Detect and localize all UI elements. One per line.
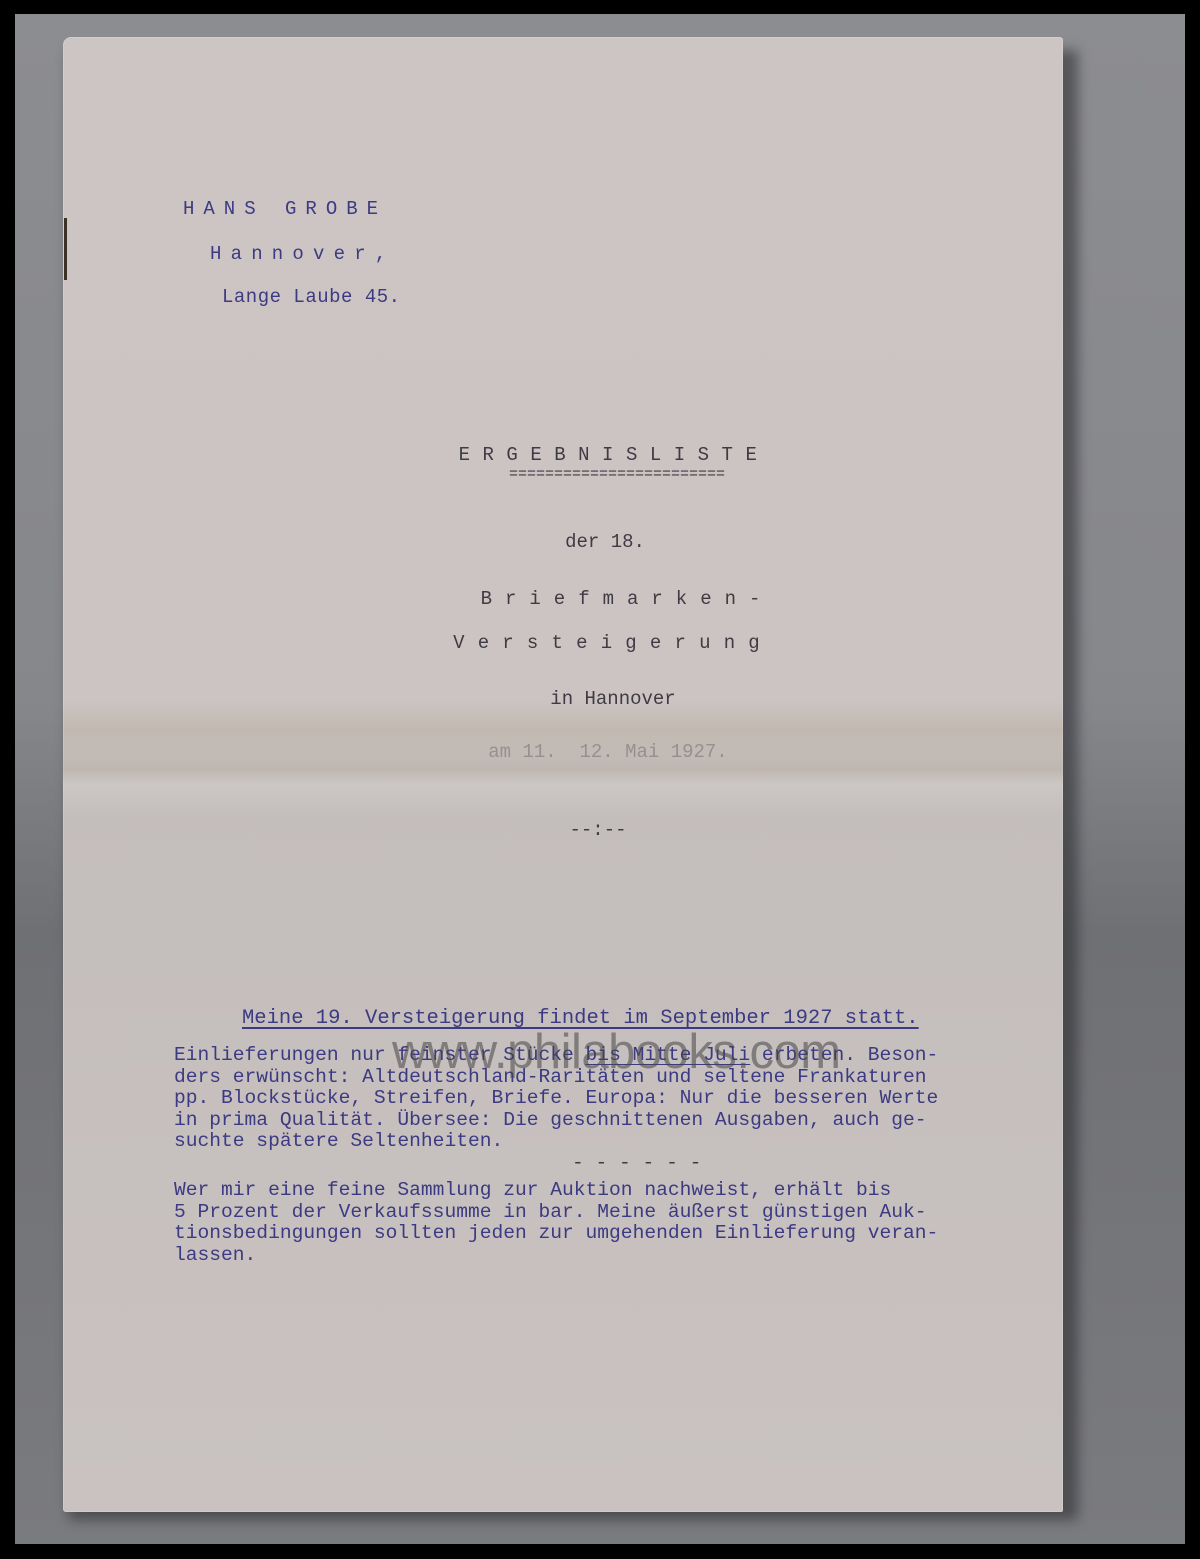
sender-name: HANS GROBE: [183, 198, 387, 220]
auction-date: am 11. 12. Mai 1927.: [488, 741, 727, 763]
staple-mark: [64, 218, 67, 280]
para1-line5: suchte spätere Seltenheiten.: [174, 1130, 503, 1152]
watermark: www.philabooks.com: [392, 1024, 841, 1080]
subtitle-line-2: Versteigerung: [453, 632, 773, 654]
para2-line4: lassen.: [174, 1244, 256, 1266]
sender-city: Hannover,: [210, 243, 395, 265]
para2-line3: tionsbedingungen sollten jeden zur umgeh…: [174, 1222, 938, 1244]
auction-place: in Hannover: [550, 688, 675, 710]
paragraph-divider: - - - - - -: [572, 1153, 701, 1175]
edition-number: der 18.: [565, 531, 645, 553]
para1-line4: in prima Qualität. Übersee: Die geschnit…: [174, 1109, 927, 1131]
para1-line3: pp. Blockstücke, Streifen, Briefe. Europ…: [174, 1087, 938, 1109]
para2-line2: 5 Prozent der Verkaufssumme in bar. Mein…: [174, 1201, 927, 1223]
document-title: ERGEBNISLISTE: [459, 444, 770, 466]
referral-paragraph: Wer mir eine feine Sammlung zur Auktion …: [174, 1180, 938, 1266]
sender-street: Lange Laube 45.: [222, 286, 401, 308]
subtitle-line-1: Briefmarken-: [481, 588, 774, 610]
para2-line1: Wer mir eine feine Sammlung zur Auktion …: [174, 1179, 891, 1201]
section-separator: --:--: [569, 819, 626, 841]
title-double-rule: ========================: [509, 466, 725, 483]
